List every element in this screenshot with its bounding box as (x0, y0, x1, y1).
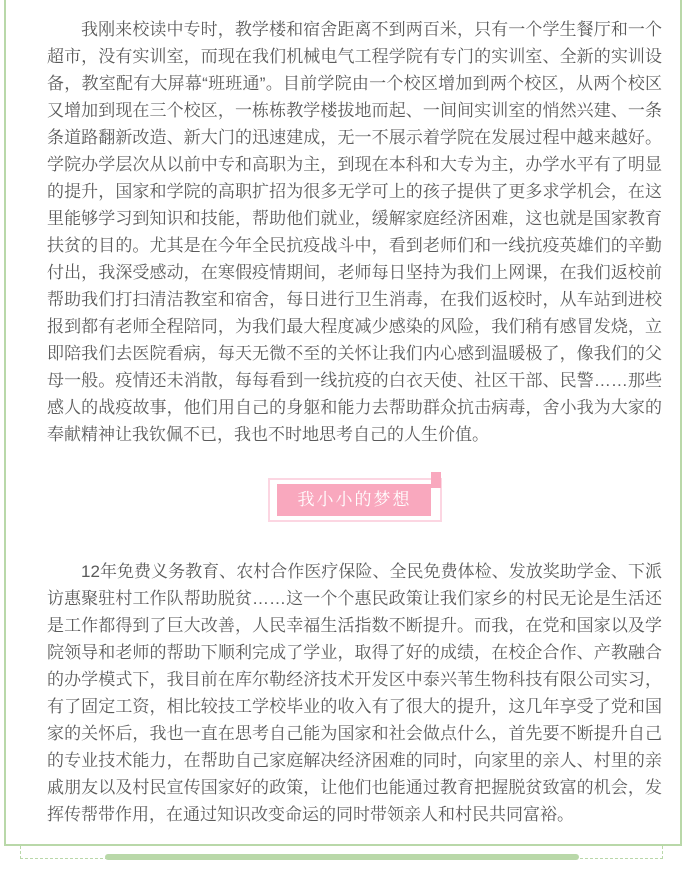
article-content-border-box: 我刚来校读中专时，教学楼和宿舍距离不到两百米，只有一个学生餐厅和一个超市，没有实… (4, 0, 682, 846)
bottom-dashed-box (20, 846, 663, 859)
article-page: 我刚来校读中专时，教学楼和宿舍距离不到两百米，只有一个学生餐厅和一个超市，没有实… (0, 0, 687, 869)
paragraph-school-development: 我刚来校读中专时，教学楼和宿舍距离不到两百米，只有一个学生餐厅和一个超市，没有实… (47, 16, 662, 448)
badge-corner-square (431, 472, 441, 488)
section-title: 我小小的梦想 (277, 484, 431, 516)
section-title-badge: 我小小的梦想 (268, 472, 442, 522)
bottom-green-divider-bar (105, 854, 579, 860)
paragraph-my-dream: 12年免费义务教育、农村合作医疗保险、全民免费体检、发放奖助学金、下派访惠聚驻村… (47, 558, 662, 828)
